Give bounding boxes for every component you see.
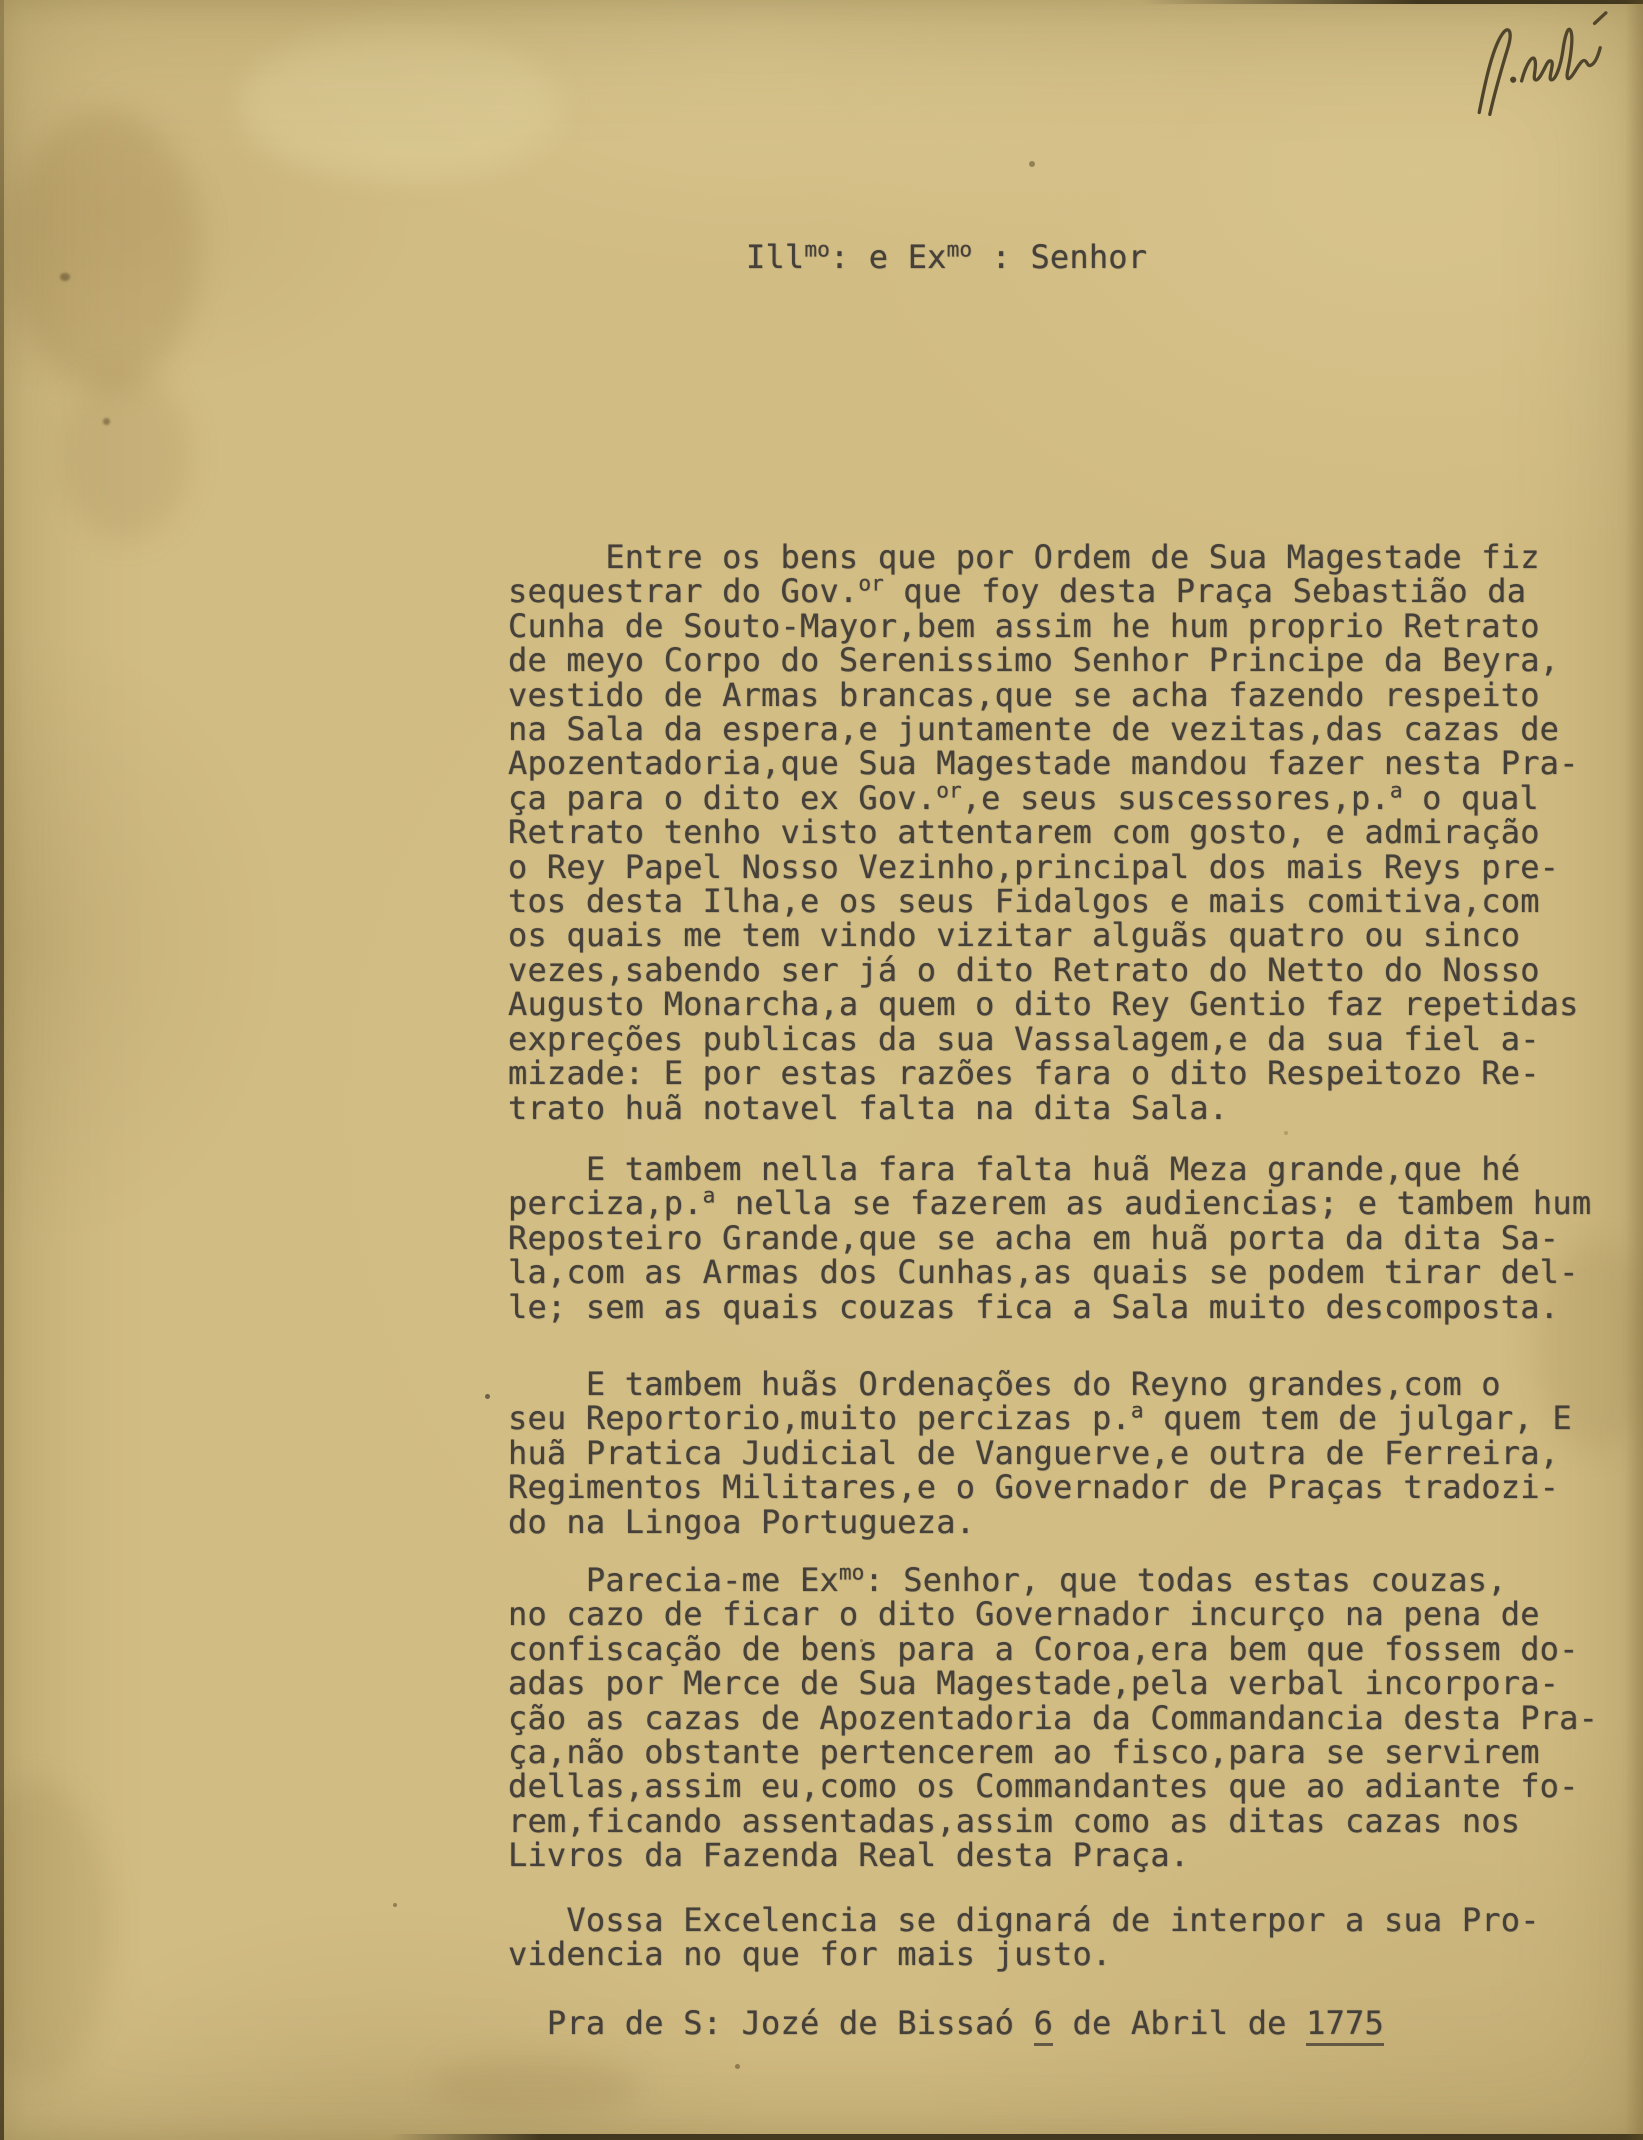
paper-edge-shadow (390, 2134, 1643, 2140)
paper-stain (0, 1780, 110, 2080)
paper-edge-shadow (0, 0, 4, 2140)
paper-stain (60, 370, 190, 540)
paper-edge-shadow (1140, 0, 1643, 4)
paper-stain (10, 110, 200, 390)
paper-highlight (240, 30, 560, 180)
letter-body: Entre os bens que por Ordem de Sua Mages… (508, 540, 1598, 1971)
paper-stain (430, 2056, 640, 2116)
letter-paragraph: E tambem huãs Ordenações do Reyno grande… (508, 1367, 1598, 1539)
ink-speck (103, 418, 110, 425)
ink-speck (735, 2064, 740, 2069)
letter-paragraph: Vossa Excelencia se dignará de interpor … (508, 1903, 1598, 1972)
letter-page: Illmo: e Exmo : Senhor Entre os bens que… (0, 0, 1643, 2140)
letter-paragraph: Parecia-me Exmo: Senhor, que todas estas… (508, 1563, 1598, 1873)
paper-edge-shadow (1625, 0, 1643, 2140)
ink-speck (485, 1394, 490, 1399)
letter-salutation: Illmo: e Exmo : Senhor (746, 240, 1147, 274)
ink-speck (1029, 161, 1035, 167)
handwritten-signature-icon (1447, 3, 1643, 130)
ink-speck (393, 1903, 397, 1907)
letter-paragraph: Entre os bens que por Ordem de Sua Mages… (508, 540, 1598, 1125)
letter-paragraph: E tambem nella fara falta huã Meza grand… (508, 1152, 1598, 1324)
letter-dateline: Pra de S: Jozé de Bissaó 6 de Abril de 1… (508, 2006, 1384, 2040)
ink-speck (60, 273, 70, 281)
